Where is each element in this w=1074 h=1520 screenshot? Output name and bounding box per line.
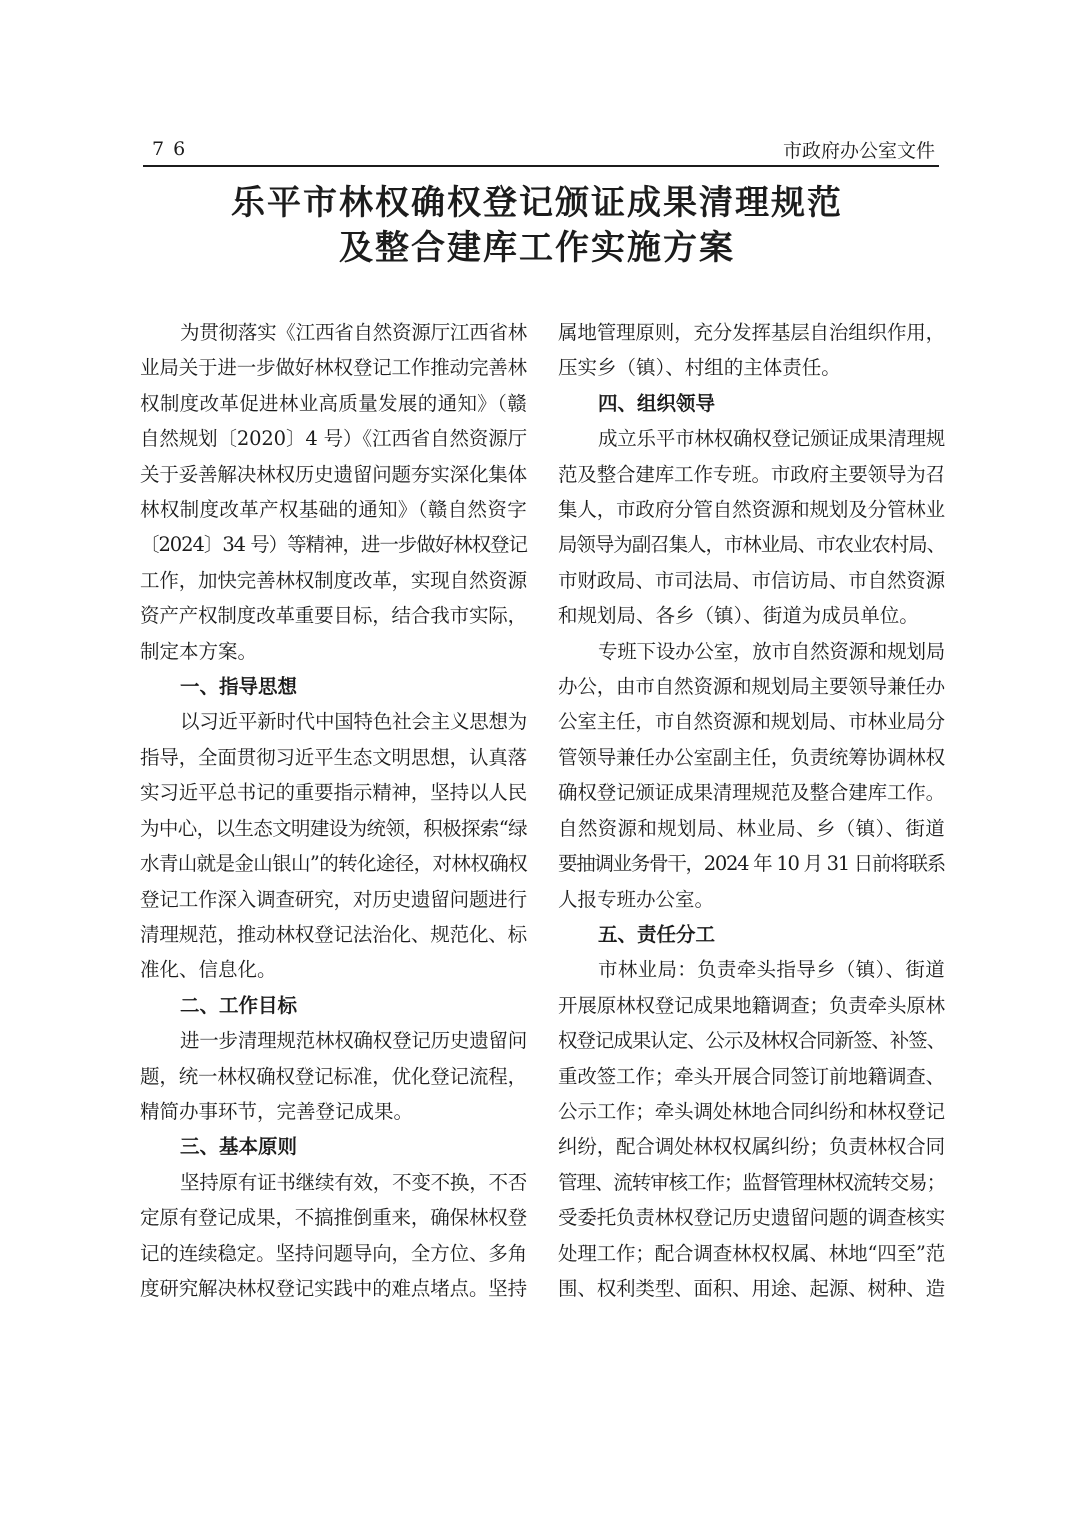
title-line-1: 乐平市林权确权登记颁证成果清理规范 bbox=[0, 181, 1074, 226]
text-line: 定原有登记成果，不搞推倒重来，确保林权登 bbox=[140, 1200, 527, 1235]
header-rule bbox=[143, 165, 939, 167]
text-line: 坚持原有证书继续有效，不变不换，不否 bbox=[140, 1165, 527, 1200]
text-line: 办公，由市自然资源和规划局主要领导兼任办 bbox=[558, 669, 945, 704]
text-line: 林权制度改革产权基础的通知》（赣自然资字 bbox=[140, 492, 527, 527]
line-text: 围、权利类型、面积、用途、起源、树种、造 bbox=[558, 1277, 945, 1300]
text-line: 重改签工作；牵头开展合同签订前地籍调查、 bbox=[558, 1059, 945, 1094]
line-text: 准化、信息化。 bbox=[140, 958, 277, 981]
text-line: 自然规划〔2020〕4 号）《江西省自然资源厅 bbox=[140, 421, 527, 456]
line-text: 确权登记颁证成果清理规范及整合建库工作。 bbox=[558, 781, 945, 804]
line-text: 权制度改革促进林业高质量发展的通知》（赣 bbox=[140, 392, 527, 415]
text-line: 和规划局、各乡（镇）、街道为成员单位。 bbox=[558, 598, 945, 633]
line-text: 题，统一林权确权登记标准，优化登记流程， bbox=[140, 1065, 527, 1088]
text-line: 为贯彻落实《江西省自然资源厅江西省林 bbox=[140, 315, 527, 350]
text-line: 工作，加快完善林权制度改革，实现自然资源 bbox=[140, 563, 527, 598]
text-line: 局领导为副召集人，市林业局、市农业农村局、 bbox=[558, 527, 945, 562]
line-text: 四、组织领导 bbox=[598, 392, 715, 415]
line-text: 精简办事环节，完善登记成果。 bbox=[140, 1100, 413, 1123]
line-text: 进一步清理规范林权确权登记历史遗留问 bbox=[180, 1029, 527, 1052]
line-text: 记的连续稳定。坚持问题导向，全方位、多角 bbox=[140, 1242, 527, 1265]
section-heading: 三、基本原则 bbox=[140, 1129, 527, 1164]
text-line: 市林业局：负责牵头指导乡（镇）、街道 bbox=[558, 952, 945, 987]
line-text: 业局关于进一步做好林权登记工作推动完善林 bbox=[140, 356, 527, 379]
line-text: 度研究解决林权登记实践中的难点堵点。坚持 bbox=[140, 1277, 527, 1300]
line-text: 关于妥善解决林权历史遗留问题夯实深化集体 bbox=[140, 463, 527, 486]
text-line: 自然资源和规划局、林业局、乡（镇）、街道 bbox=[558, 811, 945, 846]
section-heading: 五、责任分工 bbox=[558, 917, 945, 952]
line-text: 开展原林权登记成果地籍调查；负责牵头原林 bbox=[558, 994, 945, 1017]
line-text: 人报专班办公室。 bbox=[558, 888, 714, 911]
document-page: 76 市政府办公室文件 乐平市林权确权登记颁证成果清理规范 及整合建库工作实施方… bbox=[0, 0, 1074, 1520]
section-heading: 二、工作目标 bbox=[140, 988, 527, 1023]
text-line: 〔2024〕34 号）等精神，进一步做好林权登记 bbox=[140, 527, 527, 562]
line-text: 二、工作目标 bbox=[180, 994, 297, 1017]
text-line: 压实乡（镇）、村组的主体责任。 bbox=[558, 350, 945, 385]
text-line: 清理规范，推动林权登记法治化、规范化、标 bbox=[140, 917, 527, 952]
line-text: 管领导兼任办公室副主任，负责统筹协调林权 bbox=[558, 746, 945, 769]
line-text: 为中心，以生态文明建设为统领，积极探索“绿 bbox=[140, 817, 527, 840]
text-line: 以习近平新时代中国特色社会主义思想为 bbox=[140, 704, 527, 739]
text-line: 管领导兼任办公室副主任，负责统筹协调林权 bbox=[558, 740, 945, 775]
line-text: 林权制度改革产权基础的通知》（赣自然资字 bbox=[140, 498, 527, 521]
line-text: 受委托负责林权登记历史遗留问题的调查核实 bbox=[558, 1206, 945, 1229]
text-line: 权制度改革促进林业高质量发展的通知》（赣 bbox=[140, 386, 527, 421]
text-line: 准化、信息化。 bbox=[140, 952, 527, 987]
line-text: 处理工作；配合调查林权权属、林地“四至”范 bbox=[558, 1242, 945, 1265]
text-line: 题，统一林权确权登记标准，优化登记流程， bbox=[140, 1059, 527, 1094]
line-text: 为贯彻落实《江西省自然资源厅江西省林 bbox=[180, 321, 527, 344]
text-line: 进一步清理规范林权确权登记历史遗留问 bbox=[140, 1023, 527, 1058]
header-doc-type: 市政府办公室文件 bbox=[783, 136, 935, 163]
text-line: 成立乐平市林权确权登记颁证成果清理规 bbox=[558, 421, 945, 456]
text-line: 受委托负责林权登记历史遗留问题的调查核实 bbox=[558, 1200, 945, 1235]
section-heading: 四、组织领导 bbox=[558, 386, 945, 421]
text-line: 精简办事环节，完善登记成果。 bbox=[140, 1094, 527, 1129]
line-text: 三、基本原则 bbox=[180, 1135, 297, 1158]
line-text: 〔2024〕34 号）等精神，进一步做好林权登记 bbox=[140, 533, 527, 556]
line-text: 清理规范，推动林权登记法治化、规范化、标 bbox=[140, 923, 527, 946]
line-text: 市林业局：负责牵头指导乡（镇）、街道 bbox=[598, 958, 945, 981]
text-line: 为中心，以生态文明建设为统领，积极探索“绿 bbox=[140, 811, 527, 846]
text-line: 确权登记颁证成果清理规范及整合建库工作。 bbox=[558, 775, 945, 810]
line-text: 公室主任，市自然资源和规划局、市林业局分 bbox=[558, 710, 945, 733]
line-text: 专班下设办公室，放市自然资源和规划局 bbox=[598, 640, 945, 663]
page-number: 76 bbox=[152, 138, 194, 160]
line-text: 纠纷，配合调处林权权属纠纷；负责林权合同 bbox=[558, 1135, 945, 1158]
text-line: 业局关于进一步做好林权登记工作推动完善林 bbox=[140, 350, 527, 385]
line-text: 集人，市政府分管自然资源和规划及分管林业 bbox=[558, 498, 945, 521]
text-line: 度研究解决林权登记实践中的难点堵点。坚持 bbox=[140, 1271, 527, 1306]
line-text: 以习近平新时代中国特色社会主义思想为 bbox=[180, 710, 527, 733]
line-text: 市财政局、市司法局、市信访局、市自然资源 bbox=[558, 569, 945, 592]
text-line: 关于妥善解决林权历史遗留问题夯实深化集体 bbox=[140, 457, 527, 492]
line-text: 和规划局、各乡（镇）、街道为成员单位。 bbox=[558, 604, 919, 627]
text-line: 公示工作；牵头调处林地合同纠纷和林权登记 bbox=[558, 1094, 945, 1129]
line-text: 局领导为副召集人，市林业局、市农业农村局、 bbox=[558, 533, 945, 556]
line-text: 资产产权制度改革重要目标，结合我市实际， bbox=[140, 604, 527, 627]
line-text: 实习近平总书记的重要指示精神，坚持以人民 bbox=[140, 781, 527, 804]
line-text: 登记工作深入调查研究，对历史遗留问题进行 bbox=[140, 888, 527, 911]
line-text: 办公，由市自然资源和规划局主要领导兼任办 bbox=[558, 675, 945, 698]
line-text: 公示工作；牵头调处林地合同纠纷和林权登记 bbox=[558, 1100, 945, 1123]
text-line: 市财政局、市司法局、市信访局、市自然资源 bbox=[558, 563, 945, 598]
line-text: 一、指导思想 bbox=[180, 675, 297, 698]
line-text: 水青山就是金山银山”的转化途径，对林权确权 bbox=[140, 852, 527, 875]
left-column: 为贯彻落实《江西省自然资源厅江西省林业局关于进一步做好林权登记工作推动完善林权制… bbox=[140, 315, 527, 1306]
text-line: 集人，市政府分管自然资源和规划及分管林业 bbox=[558, 492, 945, 527]
line-text: 管理、流转审核工作；监督管理林权流转交易； bbox=[558, 1171, 945, 1194]
text-line: 制定本方案。 bbox=[140, 634, 527, 669]
text-line: 属地管理原则，充分发挥基层自治组织作用， bbox=[558, 315, 945, 350]
text-line: 实习近平总书记的重要指示精神，坚持以人民 bbox=[140, 775, 527, 810]
line-text: 权登记成果认定、公示及林权合同新签、补签、 bbox=[558, 1029, 945, 1052]
text-line: 指导，全面贯彻习近平生态文明思想，认真落 bbox=[140, 740, 527, 775]
line-text: 指导，全面贯彻习近平生态文明思想，认真落 bbox=[140, 746, 527, 769]
section-heading: 一、指导思想 bbox=[140, 669, 527, 704]
text-line: 登记工作深入调查研究，对历史遗留问题进行 bbox=[140, 882, 527, 917]
text-line: 水青山就是金山银山”的转化途径，对林权确权 bbox=[140, 846, 527, 881]
line-text: 自然规划〔2020〕4 号）《江西省自然资源厅 bbox=[140, 427, 527, 450]
line-text: 范及整合建库工作专班。市政府主要领导为召 bbox=[558, 463, 945, 486]
title-line-2: 及整合建库工作实施方案 bbox=[0, 226, 1074, 271]
page-header: 76 市政府办公室文件 bbox=[0, 136, 1074, 162]
text-line: 公室主任，市自然资源和规划局、市林业局分 bbox=[558, 704, 945, 739]
line-text: 压实乡（镇）、村组的主体责任。 bbox=[558, 356, 841, 379]
text-line: 资产产权制度改革重要目标，结合我市实际， bbox=[140, 598, 527, 633]
line-text: 成立乐平市林权确权登记颁证成果清理规 bbox=[598, 427, 945, 450]
line-text: 属地管理原则，充分发挥基层自治组织作用， bbox=[558, 321, 945, 344]
text-line: 纠纷，配合调处林权权属纠纷；负责林权合同 bbox=[558, 1129, 945, 1164]
line-text: 要抽调业务骨干，2024 年 10 月 31 日前将联系 bbox=[558, 852, 945, 875]
text-line: 范及整合建库工作专班。市政府主要领导为召 bbox=[558, 457, 945, 492]
right-column: 属地管理原则，充分发挥基层自治组织作用，压实乡（镇）、村组的主体责任。四、组织领… bbox=[558, 315, 945, 1306]
text-line: 处理工作；配合调查林权权属、林地“四至”范 bbox=[558, 1236, 945, 1271]
text-line: 权登记成果认定、公示及林权合同新签、补签、 bbox=[558, 1023, 945, 1058]
text-line: 人报专班办公室。 bbox=[558, 882, 945, 917]
line-text: 自然资源和规划局、林业局、乡（镇）、街道 bbox=[558, 817, 945, 840]
text-line: 专班下设办公室，放市自然资源和规划局 bbox=[558, 634, 945, 669]
line-text: 五、责任分工 bbox=[598, 923, 715, 946]
line-text: 坚持原有证书继续有效，不变不换，不否 bbox=[180, 1171, 527, 1194]
line-text: 定原有登记成果，不搞推倒重来，确保林权登 bbox=[140, 1206, 527, 1229]
line-text: 制定本方案。 bbox=[140, 640, 257, 663]
text-line: 围、权利类型、面积、用途、起源、树种、造 bbox=[558, 1271, 945, 1306]
text-line: 管理、流转审核工作；监督管理林权流转交易； bbox=[558, 1165, 945, 1200]
line-text: 重改签工作；牵头开展合同签订前地籍调查、 bbox=[558, 1065, 945, 1088]
line-text: 工作，加快完善林权制度改革，实现自然资源 bbox=[140, 569, 527, 592]
text-line: 要抽调业务骨干，2024 年 10 月 31 日前将联系 bbox=[558, 846, 945, 881]
text-line: 开展原林权登记成果地籍调查；负责牵头原林 bbox=[558, 988, 945, 1023]
text-line: 记的连续稳定。坚持问题导向，全方位、多角 bbox=[140, 1236, 527, 1271]
document-title: 乐平市林权确权登记颁证成果清理规范 及整合建库工作实施方案 bbox=[0, 181, 1074, 271]
